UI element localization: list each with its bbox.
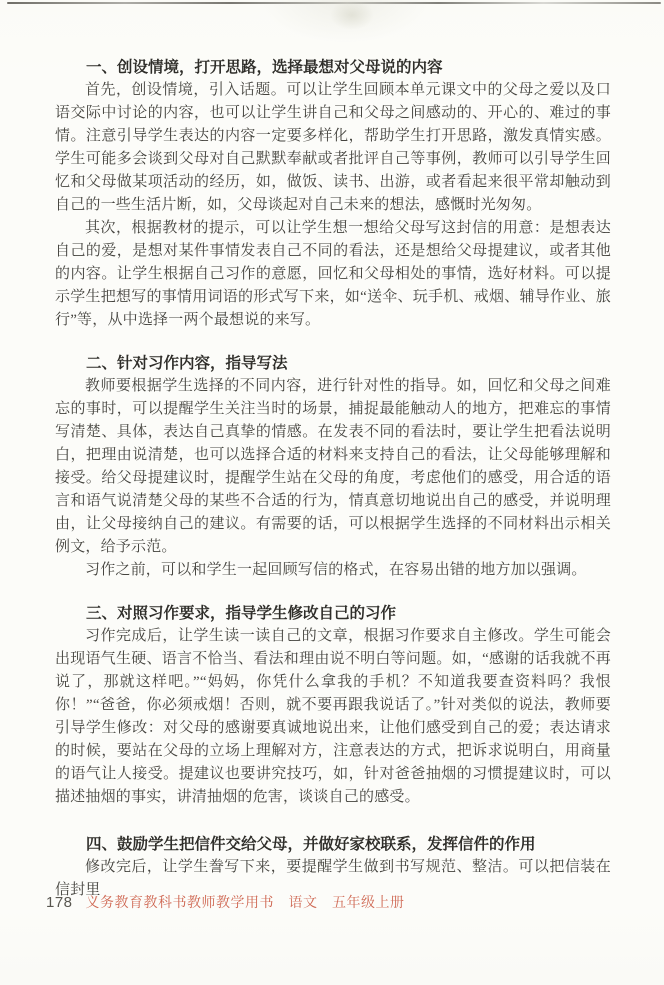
book-series-title: 义务教育教科书教师教学用书 语文 五年级上册 bbox=[86, 892, 405, 912]
paragraph: 其次，根据教材的提示，可以让学生想一想给父母写这封信的用意：是想表达自己的爱，是… bbox=[55, 217, 611, 332]
section-heading: 一、创设情境，打开思路，选择最想对父母说的内容 bbox=[55, 56, 611, 79]
scan-smudge-artifact bbox=[330, 0, 374, 30]
paragraph: 习作之前，可以和学生一起回顾写信的格式，在容易出错的地方加以强调。 bbox=[55, 559, 611, 582]
page-body-text: 一、创设情境，打开思路，选择最想对父母说的内容 首先，创设情境，引入话题。可以让… bbox=[55, 56, 611, 902]
page-top-edge-line bbox=[7, 2, 661, 4]
paragraph: 首先，创设情境，引入话题。可以让学生回顾本单元课文中的父母之爱以及口语交际中讨论… bbox=[55, 79, 611, 217]
section-heading: 三、对照习作要求，指导学生修改自己的习作 bbox=[55, 602, 611, 625]
paragraph: 教师要根据学生选择的不同内容，进行针对性的指导。如，回忆和父母之间难忘的事时，可… bbox=[55, 375, 611, 559]
paragraph: 习作完成后，让学生读一读自己的文章，根据习作要求自主修改。学生可能会出现语气生硬… bbox=[55, 625, 611, 809]
page-number: 178 bbox=[46, 894, 73, 911]
document-section: 二、针对习作内容，指导写法 教师要根据学生选择的不同内容，进行针对性的指导。如，… bbox=[55, 352, 611, 582]
section-heading: 二、针对习作内容，指导写法 bbox=[55, 352, 611, 375]
book-page: 一、创设情境，打开思路，选择最想对父母说的内容 首先，创设情境，引入话题。可以让… bbox=[0, 0, 664, 985]
page-footer: 178 义务教育教科书教师教学用书 语文 五年级上册 bbox=[46, 892, 616, 912]
document-section: 一、创设情境，打开思路，选择最想对父母说的内容 首先，创设情境，引入话题。可以让… bbox=[55, 56, 611, 332]
document-section: 三、对照习作要求，指导学生修改自己的习作 习作完成后，让学生读一读自己的文章，根… bbox=[55, 602, 611, 809]
section-heading: 四、鼓励学生把信件交给父母，并做好家校联系，发挥信件的作用 bbox=[55, 833, 611, 856]
